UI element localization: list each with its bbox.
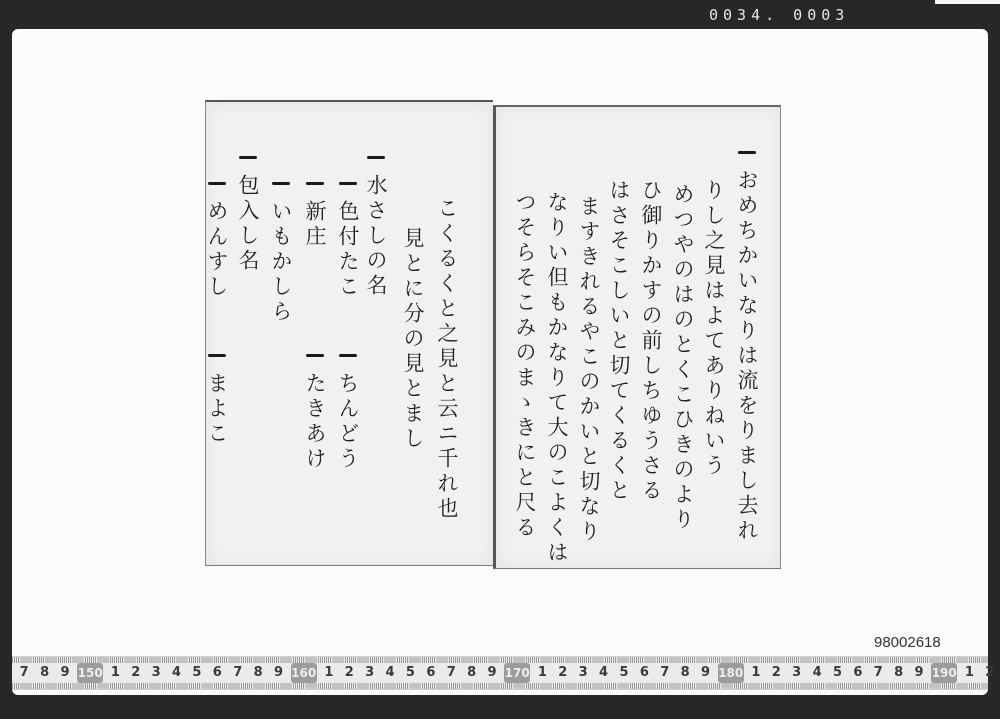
text-column: ひ御りかすの前しちゆうさる (640, 179, 661, 504)
text-column: ますきれるやこのかいと切なり (578, 195, 599, 545)
ruler-label: 7 (14, 663, 34, 683)
ruler-label: 6 (421, 663, 441, 683)
text-column: 見とに分の見とまし (402, 227, 423, 452)
scan-card: こくるくと之見と云ニ千れ也見とに分の見とまし水さしの名色付たこ新庄いもかしら包入… (12, 29, 988, 695)
item-dash-mark (738, 151, 756, 154)
ruler-label: 4 (807, 663, 827, 683)
text-column: はさそこしいと切てくるくと (608, 179, 629, 504)
top-tab-marker (935, 0, 1000, 4)
ruler-label: 6 (207, 663, 227, 683)
item-dash-mark (239, 156, 257, 159)
ruler-label: 180 (718, 663, 744, 683)
item-dash-mark (339, 182, 357, 185)
text-column: 新庄 (304, 200, 325, 250)
ruler-label: 2 (339, 663, 359, 683)
ruler-label: 4 (593, 663, 613, 683)
ruler-label: 6 (634, 663, 654, 683)
item-dash-mark (306, 182, 324, 185)
item-dash-mark (208, 182, 226, 185)
ruler-label: 6 (848, 663, 868, 683)
ruler-label: 9 (909, 663, 929, 683)
ruler-label: 5 (400, 663, 420, 683)
ruler-labels: 7891501234567891601234567891701234567891… (14, 663, 1000, 683)
ruler-label: 9 (482, 663, 502, 683)
text-column: おめちかいなりは流をりまし去れ (736, 169, 757, 544)
text-column: まよこ (206, 372, 227, 447)
ruler-label: 8 (675, 663, 695, 683)
ruler-label: 1 (532, 663, 552, 683)
ruler-label: 7 (228, 663, 248, 683)
measurement-ruler: 7891501234567891601234567891701234567891… (12, 656, 988, 690)
ruler-label: 5 (614, 663, 634, 683)
ruler-label: 1 (746, 663, 766, 683)
text-column: こくるくと之見と云ニ千れ也 (436, 197, 457, 522)
ruler-ticks-bottom (12, 683, 988, 689)
ruler-label: 2 (766, 663, 786, 683)
ruler-label: 160 (291, 663, 317, 683)
ruler-label: 3 (787, 663, 807, 683)
ruler-label: 4 (166, 663, 186, 683)
ruler-label: 170 (504, 663, 530, 683)
text-column: 包入し名 (237, 174, 258, 274)
ruler-label: 190 (931, 663, 957, 683)
ruler-label: 1 (959, 663, 979, 683)
ruler-label: 9 (695, 663, 715, 683)
ruler-label: 3 (359, 663, 379, 683)
ruler-label: 9 (268, 663, 288, 683)
ruler-label: 3 (573, 663, 593, 683)
ruler-label: 4 (380, 663, 400, 683)
right-page: おめちかいなりは流をりまし去れりし之見はよてありねいうめつやのはのとくこひきのよ… (493, 105, 781, 569)
text-column: ちんどう (337, 372, 358, 472)
text-column: めつやのはのとくこひきのより (672, 183, 693, 533)
text-column: めんすし (206, 200, 227, 300)
ruler-label: 5 (187, 663, 207, 683)
ruler-label: 8 (34, 663, 54, 683)
item-dash-mark (208, 354, 226, 357)
ruler-label: 2 (553, 663, 573, 683)
ruler-label: 5 (827, 663, 847, 683)
text-column: 色付たこ (337, 200, 358, 300)
item-dash-mark (272, 182, 290, 185)
ruler-label: 1 (319, 663, 339, 683)
ruler-label: 7 (655, 663, 675, 683)
text-column: いもかしら (270, 200, 291, 325)
ruler-label: 2 (980, 663, 1000, 683)
text-column: たきあけ (304, 372, 325, 472)
text-column: 水さしの名 (365, 174, 386, 299)
text-column: なりい但もかなりて大のこよくは (546, 191, 567, 566)
text-column: りし之見はよてありねいう (703, 179, 724, 479)
ruler-label: 8 (248, 663, 268, 683)
ruler-label: 150 (77, 663, 103, 683)
item-dash-mark (306, 354, 324, 357)
booklet-spread: こくるくと之見と云ニ千れ也見とに分の見とまし水さしの名色付たこ新庄いもかしら包入… (12, 29, 988, 695)
ruler-label: 9 (55, 663, 75, 683)
catalog-id: 98002618 (874, 634, 941, 651)
scan-viewer: 0034. 0003 こくるくと之見と云ニ千れ也見とに分の見とまし水さしの名色付… (0, 0, 1000, 719)
ruler-label: 3 (146, 663, 166, 683)
ruler-label: 8 (888, 663, 908, 683)
ruler-label: 7 (441, 663, 461, 683)
ruler-label: 7 (868, 663, 888, 683)
item-dash-mark (367, 156, 385, 159)
item-dash-mark (339, 354, 357, 357)
ruler-label: 2 (126, 663, 146, 683)
ruler-label: 8 (461, 663, 481, 683)
text-column: つそらそこみのまゝきにと尺る (514, 191, 535, 541)
frame-number: 0034. 0003 (709, 6, 849, 24)
left-page: こくるくと之見と云ニ千れ也見とに分の見とまし水さしの名色付たこ新庄いもかしら包入… (205, 100, 493, 566)
ruler-label: 1 (105, 663, 125, 683)
